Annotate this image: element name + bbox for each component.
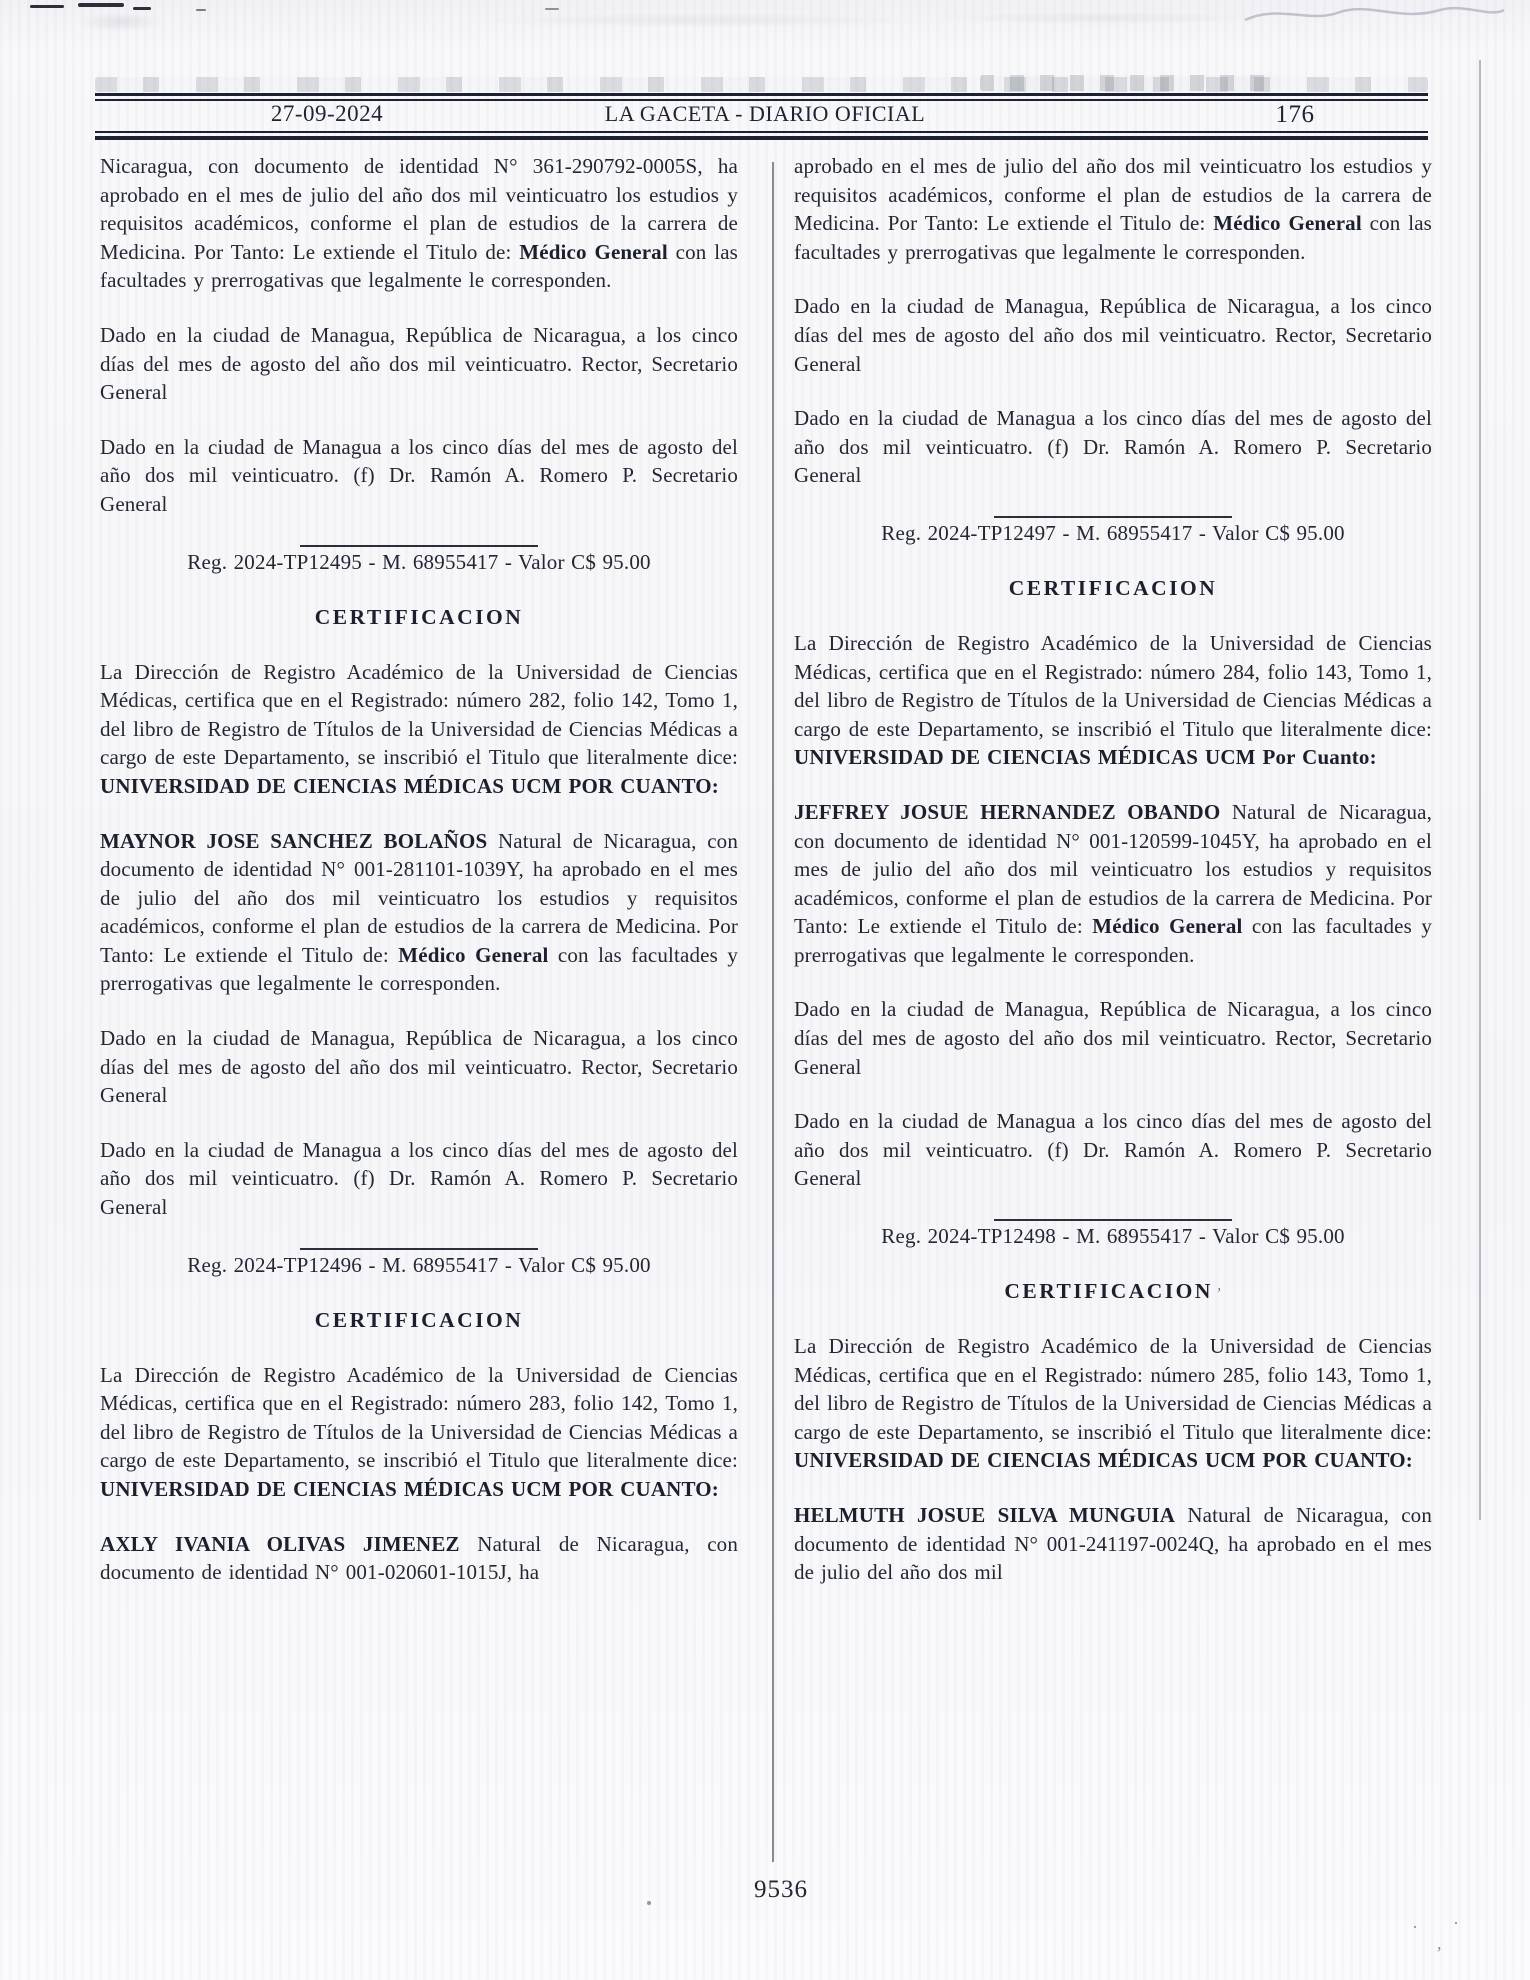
folio-number: 9536	[16, 1876, 1530, 1904]
scan-mark	[78, 3, 124, 7]
right-column: aprobado en el mes de julio del año dos …	[794, 152, 1432, 1613]
scan-speck: ·	[1412, 1918, 1418, 1936]
body-paragraph: Dado en la ciudad de Managua a los cinco…	[794, 1107, 1432, 1193]
header-bottom-rule-thin	[95, 131, 1428, 133]
certification-heading: CERTIFICACION	[100, 1308, 738, 1333]
header-page-number: 176	[1215, 101, 1375, 129]
body-paragraph: La Dirección de Registro Académico de la…	[794, 1332, 1432, 1475]
body-paragraph: La Dirección de Registro Académico de la…	[100, 658, 738, 801]
registration-line: Reg. 2024-TP12495 - M. 68955417 - Valor …	[100, 550, 738, 575]
registration-block: Reg. 2024-TP12495 - M. 68955417 - Valor …	[100, 545, 738, 575]
certification-heading: CERTIFICACION	[100, 605, 738, 630]
body-paragraph: Dado en la ciudad de Managua, República …	[100, 321, 738, 407]
separator-rule	[994, 1219, 1232, 1221]
separator-rule	[300, 545, 538, 547]
scan-scribble	[1240, 0, 1510, 30]
scan-edge-line	[1479, 60, 1481, 1520]
registration-line: Reg. 2024-TP12498 - M. 68955417 - Valor …	[794, 1224, 1432, 1249]
scan-mark	[196, 9, 206, 11]
scan-mark	[133, 7, 151, 10]
body-paragraph: Dado en la ciudad de Managua, República …	[794, 995, 1432, 1081]
registration-block: Reg. 2024-TP12498 - M. 68955417 - Valor …	[794, 1219, 1432, 1249]
registration-line: Reg. 2024-TP12496 - M. 68955417 - Valor …	[100, 1253, 738, 1278]
body-paragraph: Dado en la ciudad de Managua a los cinco…	[100, 433, 738, 519]
registration-block: Reg. 2024-TP12497 - M. 68955417 - Valor …	[794, 516, 1432, 546]
body-paragraph: MAYNOR JOSE SANCHEZ BOLAÑOS Natural de N…	[100, 827, 738, 999]
body-paragraph: aprobado en el mes de julio del año dos …	[794, 152, 1432, 266]
body-paragraph: HELMUTH JOSUE SILVA MUNGUIA Natural de N…	[794, 1501, 1432, 1587]
body-paragraph: Dado en la ciudad de Managua, República …	[794, 292, 1432, 378]
certification-heading: CERTIFICACION ʼ	[794, 1279, 1432, 1304]
scan-speck: ,	[1437, 1934, 1442, 1952]
body-paragraph: Dado en la ciudad de Managua a los cinco…	[100, 1136, 738, 1222]
body-paragraph: JEFFREY JOSUE HERNANDEZ OBANDO Natural d…	[794, 798, 1432, 970]
body-paragraph: La Dirección de Registro Académico de la…	[794, 629, 1432, 772]
body-paragraph: AXLY IVANIA OLIVAS JIMENEZ Natural de Ni…	[100, 1530, 738, 1587]
body-paragraph: Dado en la ciudad de Managua a los cinco…	[794, 404, 1432, 490]
separator-rule	[994, 516, 1232, 518]
separator-rule	[300, 1248, 538, 1250]
document-body: Nicaragua, con documento de identidad N°…	[100, 152, 1432, 1613]
scan-noise-header	[980, 75, 1280, 91]
body-paragraph: Nicaragua, con documento de identidad N°…	[100, 152, 738, 295]
scan-speck: ·	[1453, 1914, 1459, 1932]
header-bottom-rule	[95, 136, 1428, 140]
scan-mark	[545, 8, 559, 10]
left-column: Nicaragua, con documento de identidad N°…	[100, 152, 738, 1613]
certification-heading: CERTIFICACION	[794, 576, 1432, 601]
body-paragraph: La Dirección de Registro Académico de la…	[100, 1361, 738, 1504]
header-top-rule	[95, 93, 1428, 96]
scan-speck	[647, 1901, 651, 1905]
registration-block: Reg. 2024-TP12496 - M. 68955417 - Valor …	[100, 1248, 738, 1278]
body-paragraph: Dado en la ciudad de Managua, República …	[100, 1024, 738, 1110]
scan-mark	[30, 5, 64, 8]
scan-speck: ʼ	[1213, 1286, 1222, 1302]
scanned-gazette-page: { "header": { "date": "27-09-2024", "tit…	[0, 0, 1530, 1980]
registration-line: Reg. 2024-TP12497 - M. 68955417 - Valor …	[794, 521, 1432, 546]
